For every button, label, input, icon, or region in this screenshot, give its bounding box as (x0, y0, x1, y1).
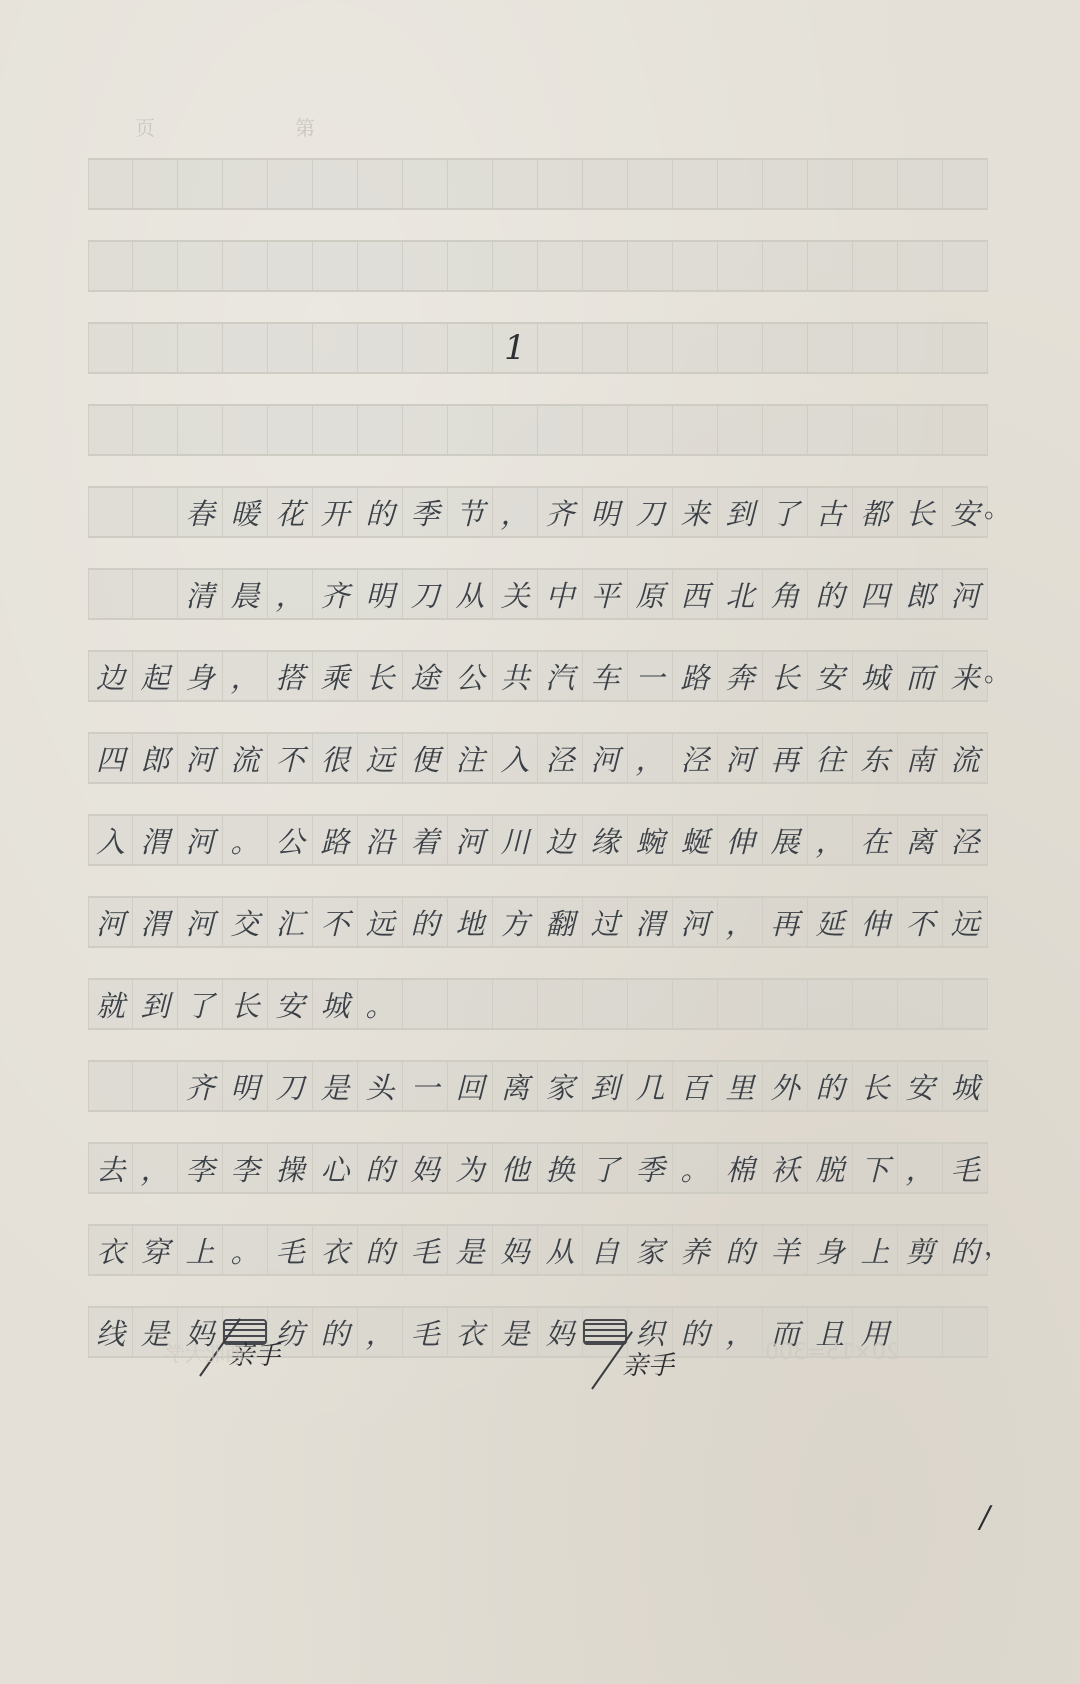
grid-cell: 乘 (313, 652, 358, 700)
grid-cell (943, 980, 988, 1028)
grid-cell: 远 (943, 898, 988, 946)
grid-cell: 不 (898, 898, 943, 946)
grid-cell: 蜿 (628, 816, 673, 864)
grid-cell (538, 406, 583, 454)
grid-cell: 到 (718, 488, 763, 536)
grid-cell (853, 406, 898, 454)
grid-cell: 了 (178, 980, 223, 1028)
grid-cell: 入 (493, 734, 538, 782)
grid-cell: 中 (538, 570, 583, 618)
grid-cell: 回 (448, 1062, 493, 1110)
grid-cell: 毛 (403, 1226, 448, 1274)
grid-cell (673, 160, 718, 208)
grid-cell (313, 160, 358, 208)
grid-cell (358, 160, 403, 208)
grid-cell (898, 1308, 943, 1356)
grid-cell: ， (718, 1308, 763, 1356)
grid-cell: 原 (628, 570, 673, 618)
grid-cell (178, 242, 223, 290)
grid-cell: ， (718, 898, 763, 946)
grid-cell (673, 406, 718, 454)
grid-cell (493, 160, 538, 208)
grid-cell: 而 (898, 652, 943, 700)
grid-cell: 李 (178, 1144, 223, 1192)
grid-cell (403, 980, 448, 1028)
grid-cell: 明 (223, 1062, 268, 1110)
grid-cell (673, 242, 718, 290)
grid-cell: 李 (223, 1144, 268, 1192)
grid-cell: 衣 (313, 1226, 358, 1274)
grid-cell: 角 (763, 570, 808, 618)
grid-cell: 安 (808, 652, 853, 700)
grid-cell: 路 (313, 816, 358, 864)
grid-cell: 再 (763, 898, 808, 946)
grid-cell (628, 242, 673, 290)
grid-cell: 的 (313, 1308, 358, 1356)
grid-cell: 缘 (583, 816, 628, 864)
grid-cell: 刀 (268, 1062, 313, 1110)
grid-cell (448, 324, 493, 372)
grid-cell: 心 (313, 1144, 358, 1192)
grid-cell: 清 (178, 570, 223, 618)
grid-cell: 河 (178, 898, 223, 946)
manuscript-row: 河渭河交汇不远的地方翻过渭河，再延伸不远 (88, 896, 988, 948)
grid-cell (763, 242, 808, 290)
grid-cell: 着 (403, 816, 448, 864)
grid-cell (673, 980, 718, 1028)
grid-cell (718, 980, 763, 1028)
grid-cell: 身 (178, 652, 223, 700)
grid-cell: 的 (718, 1226, 763, 1274)
grid-cell: 郎 (133, 734, 178, 782)
grid-cell: 长 (898, 488, 943, 536)
grid-cell: 毛 (403, 1308, 448, 1356)
grid-cell: 古 (808, 488, 853, 536)
grid-cell: 穿 (133, 1226, 178, 1274)
grid-cell: 都 (853, 488, 898, 536)
grid-cell: 公 (268, 816, 313, 864)
grid-cell: 车 (583, 652, 628, 700)
grid-cell (178, 160, 223, 208)
manuscript-row (88, 158, 988, 210)
grid-cell: 延 (808, 898, 853, 946)
grid-cell: 是 (493, 1308, 538, 1356)
grid-cell: 沿 (358, 816, 403, 864)
grid-cell (358, 324, 403, 372)
grid-cell: 春 (178, 488, 223, 536)
grid-cell (448, 160, 493, 208)
grid-cell: 一 (403, 1062, 448, 1110)
grid-cell: 安 (268, 980, 313, 1028)
grid-cell (718, 160, 763, 208)
grid-cell (403, 406, 448, 454)
grid-cell: 。 (223, 1226, 268, 1274)
grid-cell: 刀 (403, 570, 448, 618)
grid-cell (448, 242, 493, 290)
grid-cell (808, 324, 853, 372)
grid-cell: 城 (313, 980, 358, 1028)
grid-cell (628, 160, 673, 208)
grid-cell (583, 980, 628, 1028)
grid-cell (898, 160, 943, 208)
grid-cell (88, 488, 133, 536)
grid-cell: 线 (88, 1308, 133, 1356)
grid-cell: 再 (763, 734, 808, 782)
grid-cell (88, 1062, 133, 1110)
grid-cell (358, 406, 403, 454)
grid-cell (403, 160, 448, 208)
manuscript-row (88, 240, 988, 292)
grid-cell: 路 (673, 652, 718, 700)
grid-cell (448, 406, 493, 454)
grid-cell (583, 406, 628, 454)
grid-cell: 换 (538, 1144, 583, 1192)
grid-cell: 平 (583, 570, 628, 618)
grid-cell: 伸 (853, 898, 898, 946)
grid-cell (268, 160, 313, 208)
grid-cell: 远 (358, 898, 403, 946)
manuscript-row: 四郎河流不很远便注入泾河，泾河再往东南流 (88, 732, 988, 784)
grid-cell: 渭 (133, 898, 178, 946)
grid-cell: 河 (88, 898, 133, 946)
grid-cell: 关 (493, 570, 538, 618)
grid-cell (583, 324, 628, 372)
grid-cell: 很 (313, 734, 358, 782)
grid-cell: 衣 (88, 1226, 133, 1274)
grid-cell: 泾 (538, 734, 583, 782)
grid-cell: 长 (358, 652, 403, 700)
grid-cell: 妈 (493, 1226, 538, 1274)
grid-cell: 衣 (448, 1308, 493, 1356)
grid-cell: 操 (268, 1144, 313, 1192)
grid-cell (133, 488, 178, 536)
grid-cell: 川 (493, 816, 538, 864)
grid-cell: 了 (763, 488, 808, 536)
overflow-punctuation: ， (984, 1226, 1010, 1263)
grid-cell: 来 (943, 652, 988, 700)
grid-cell: 头 (358, 1062, 403, 1110)
grid-cell: ， (808, 816, 853, 864)
grid-cell: 袄 (763, 1144, 808, 1192)
grid-cell: 伸 (718, 816, 763, 864)
grid-cell (583, 242, 628, 290)
grid-cell: 离 (898, 816, 943, 864)
overflow-punctuation: 。 (984, 652, 1010, 689)
grid-cell (898, 980, 943, 1028)
grid-cell: 花 (268, 488, 313, 536)
manuscript-row: 清晨，齐明刀从关中平原西北角的四郎河 (88, 568, 988, 620)
grid-cell: 身 (808, 1226, 853, 1274)
grid-cell (943, 324, 988, 372)
grid-cell: 脱 (808, 1144, 853, 1192)
grid-cell: 季 (628, 1144, 673, 1192)
manuscript-row: 齐明刀是头一回离家到几百里外的长安城 (88, 1060, 988, 1112)
grid-cell (943, 406, 988, 454)
grid-cell: 安 (943, 488, 988, 536)
grid-cell: 城 (943, 1062, 988, 1110)
manuscript-grid: 1春暖花开的季节，齐明刀来到了古都长安。清晨，齐明刀从关中平原西北角的四郎河边起… (88, 158, 988, 1388)
insertion-annotation-2: 亲手 (622, 1345, 674, 1382)
grid-cell (853, 324, 898, 372)
grid-cell: 交 (223, 898, 268, 946)
grid-cell (538, 324, 583, 372)
grid-cell: 养 (673, 1226, 718, 1274)
grid-cell: 边 (538, 816, 583, 864)
grid-cell: 几 (628, 1062, 673, 1110)
grid-cell (808, 980, 853, 1028)
grid-cell: 入 (88, 816, 133, 864)
grid-cell: 的 (358, 488, 403, 536)
grid-cell: ， (223, 652, 268, 700)
grid-cell: 晨 (223, 570, 268, 618)
grid-cell (493, 980, 538, 1028)
grid-cell (223, 324, 268, 372)
grid-cell (538, 160, 583, 208)
grid-cell: 就 (88, 980, 133, 1028)
header-faint-print: 页 第 (135, 112, 375, 141)
grid-cell: 下 (853, 1144, 898, 1192)
grid-cell (718, 406, 763, 454)
grid-cell: 百 (673, 1062, 718, 1110)
grid-cell: 明 (358, 570, 403, 618)
grid-cell: 他 (493, 1144, 538, 1192)
grid-cell (853, 242, 898, 290)
grid-cell: 来 (673, 488, 718, 536)
grid-cell: 流 (943, 734, 988, 782)
grid-cell (133, 570, 178, 618)
manuscript-row: 衣穿上。毛衣的毛是妈从自家养的羊身上剪的， (88, 1224, 988, 1276)
grid-cell: 一 (628, 652, 673, 700)
grid-cell: 长 (763, 652, 808, 700)
grid-cell (223, 242, 268, 290)
grid-cell: 四 (853, 570, 898, 618)
overflow-punctuation: 。 (984, 488, 1010, 525)
grid-cell: 城 (853, 652, 898, 700)
grid-cell (943, 160, 988, 208)
grid-cell (223, 160, 268, 208)
grid-cell: 长 (223, 980, 268, 1028)
grid-cell: 是 (313, 1062, 358, 1110)
struck-out-word (583, 1319, 627, 1345)
grid-cell: 往 (808, 734, 853, 782)
grid-cell: 泾 (673, 734, 718, 782)
grid-cell (763, 980, 808, 1028)
grid-cell: 不 (313, 898, 358, 946)
grid-cell: 的 (673, 1308, 718, 1356)
grid-cell (718, 324, 763, 372)
grid-cell (898, 406, 943, 454)
grid-cell: 开 (313, 488, 358, 536)
grid-cell: 北 (718, 570, 763, 618)
grid-cell: 边 (88, 652, 133, 700)
grid-cell: 是 (448, 1226, 493, 1274)
grid-cell (133, 324, 178, 372)
grid-cell: 地 (448, 898, 493, 946)
grid-cell (448, 980, 493, 1028)
grid-cell: ， (898, 1144, 943, 1192)
grid-cell: 上 (853, 1226, 898, 1274)
grid-cell: 1 (493, 324, 538, 372)
grid-cell: 搭 (268, 652, 313, 700)
grid-cell (133, 160, 178, 208)
grid-cell: 河 (718, 734, 763, 782)
grid-cell: 上 (178, 1226, 223, 1274)
grid-cell (313, 406, 358, 454)
grid-cell (268, 324, 313, 372)
grid-cell: 妈 (538, 1308, 583, 1356)
grid-cell (898, 242, 943, 290)
grid-cell (268, 242, 313, 290)
grid-cell: 暖 (223, 488, 268, 536)
grid-cell: 途 (403, 652, 448, 700)
grid-cell: 的 (403, 898, 448, 946)
grid-cell (268, 406, 313, 454)
grid-cell: 节 (448, 488, 493, 536)
manuscript-row: 边起身，搭乘长途公共汽车一路奔长安城而来。 (88, 650, 988, 702)
grid-cell: 刀 (628, 488, 673, 536)
grid-cell: 蜒 (673, 816, 718, 864)
grid-cell: 了 (583, 1144, 628, 1192)
grid-cell: 公 (448, 652, 493, 700)
grid-cell: 到 (583, 1062, 628, 1110)
grid-cell: 在 (853, 816, 898, 864)
grid-cell (853, 980, 898, 1028)
grid-cell (403, 242, 448, 290)
grid-cell: 汽 (538, 652, 583, 700)
grid-cell (853, 160, 898, 208)
grid-cell: 方 (493, 898, 538, 946)
grid-cell: 奔 (718, 652, 763, 700)
grid-cell: 妈 (403, 1144, 448, 1192)
grid-cell (313, 242, 358, 290)
manuscript-paper: 页 第 1春暖花开的季节，齐明刀来到了古都长安。清晨，齐明刀从关中平原西北角的四… (0, 0, 1080, 1684)
grid-cell: 渭 (628, 898, 673, 946)
grid-cell: 河 (673, 898, 718, 946)
grid-cell: 汇 (268, 898, 313, 946)
grid-cell: 的 (358, 1144, 403, 1192)
grid-cell (718, 242, 763, 290)
grid-cell (133, 406, 178, 454)
grid-cell: 起 (133, 652, 178, 700)
grid-cell: 展 (763, 816, 808, 864)
grid-cell: 的 (358, 1226, 403, 1274)
grid-cell: 注 (448, 734, 493, 782)
manuscript-row: 1 (88, 322, 988, 374)
grid-cell (763, 160, 808, 208)
grid-cell: 家 (538, 1062, 583, 1110)
grid-cell (88, 160, 133, 208)
grid-cell: 河 (943, 570, 988, 618)
grid-cell: ， (133, 1144, 178, 1192)
grid-cell: 齐 (313, 570, 358, 618)
grid-cell: ， (628, 734, 673, 782)
grid-cell (943, 1308, 988, 1356)
grid-cell: 的 (808, 570, 853, 618)
grid-cell: 长 (853, 1062, 898, 1110)
grid-cell (763, 406, 808, 454)
grid-cell: 季 (403, 488, 448, 536)
grid-cell (178, 406, 223, 454)
grid-cell (403, 324, 448, 372)
manuscript-row: 就到了长安城。 (88, 978, 988, 1030)
grid-cell: 毛 (943, 1144, 988, 1192)
grid-cell (88, 324, 133, 372)
grid-cell: 离 (493, 1062, 538, 1110)
grid-cell: 的 (943, 1226, 988, 1274)
grid-cell: 不 (268, 734, 313, 782)
grid-cell (88, 406, 133, 454)
grid-cell (493, 406, 538, 454)
grid-cell: ， (268, 570, 313, 618)
grid-cell (898, 324, 943, 372)
grid-cell (313, 324, 358, 372)
manuscript-row: 去，李李操心的妈为他换了季。棉袄脱下，毛 (88, 1142, 988, 1194)
page-mark: / (980, 1500, 990, 1535)
grid-cell: 南 (898, 734, 943, 782)
grid-cell: 安 (898, 1062, 943, 1110)
grid-cell (628, 980, 673, 1028)
grid-cell (538, 242, 583, 290)
manuscript-row (88, 404, 988, 456)
chapter-number: 1 (504, 328, 526, 368)
grid-cell: 去 (88, 1144, 133, 1192)
manuscript-row: 入渭河。公路沿着河川边缘蜿蜒伸展，在离泾 (88, 814, 988, 866)
grid-cell: 西 (673, 570, 718, 618)
grid-cell (133, 1062, 178, 1110)
grid-cell: 为 (448, 1144, 493, 1192)
grid-cell (583, 160, 628, 208)
grid-cell: 从 (448, 570, 493, 618)
grid-cell (808, 242, 853, 290)
grid-spec-bleed-through: 20×15=300 (765, 1340, 900, 1365)
grid-cell: 流 (223, 734, 268, 782)
grid-cell (673, 324, 718, 372)
grid-cell: 剪 (898, 1226, 943, 1274)
grid-cell: 从 (538, 1226, 583, 1274)
grid-cell: 齐 (178, 1062, 223, 1110)
grid-cell: 明 (583, 488, 628, 536)
grid-cell: 远 (358, 734, 403, 782)
grid-cell: 翻 (538, 898, 583, 946)
grid-cell: 羊 (763, 1226, 808, 1274)
grid-cell: 到 (133, 980, 178, 1028)
grid-cell: 东 (853, 734, 898, 782)
grid-cell: 便 (403, 734, 448, 782)
grid-cell (88, 242, 133, 290)
grid-cell: 自 (583, 1226, 628, 1274)
grid-cell: 过 (583, 898, 628, 946)
grid-cell: 外 (763, 1062, 808, 1110)
grid-cell: 四 (88, 734, 133, 782)
grid-cell: ， (493, 488, 538, 536)
grid-cell: ， (358, 1308, 403, 1356)
grid-cell (358, 242, 403, 290)
grid-cell: 里 (718, 1062, 763, 1110)
grid-cell (628, 406, 673, 454)
grid-cell: 的 (808, 1062, 853, 1110)
grid-cell: 郎 (898, 570, 943, 618)
grid-cell (808, 406, 853, 454)
manuscript-row: 春暖花开的季节，齐明刀来到了古都长安。 (88, 486, 988, 538)
grid-cell: 家 (628, 1226, 673, 1274)
grid-cell: 河 (178, 734, 223, 782)
grid-cell (808, 160, 853, 208)
grid-cell: 齐 (538, 488, 583, 536)
grid-cell: 共 (493, 652, 538, 700)
grid-cell (133, 242, 178, 290)
grid-cell: 。 (673, 1144, 718, 1192)
grid-cell: 泾 (943, 816, 988, 864)
